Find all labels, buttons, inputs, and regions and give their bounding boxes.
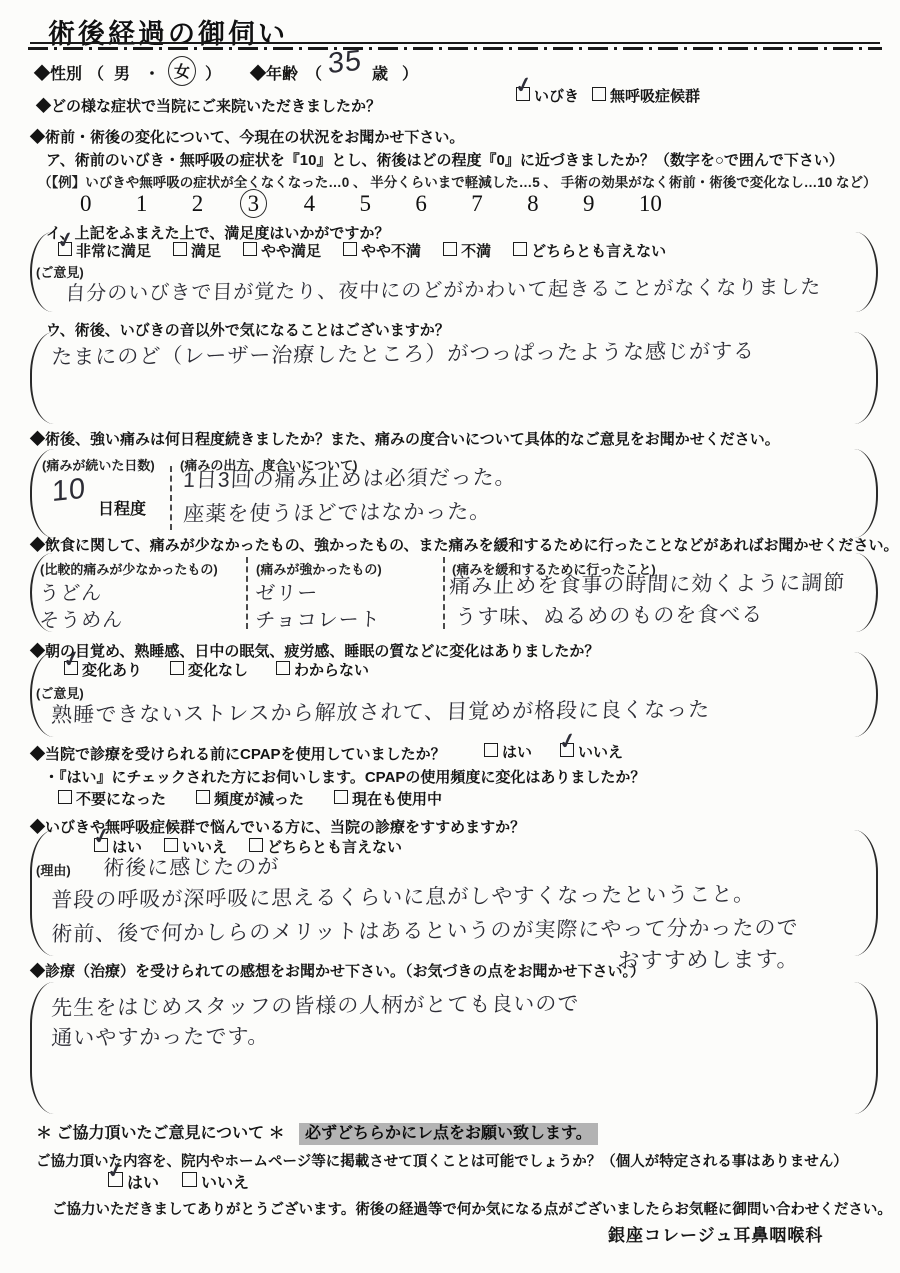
option-label: 非常に満足 <box>76 240 151 261</box>
change-example: （【例】いびきや無呼吸の症状が全くなくなった…0 、 半分くらいまで軽減した…5… <box>38 171 877 191</box>
option-label: 無呼吸症候群 <box>610 85 700 106</box>
option-wakaranai[interactable]: わからない <box>276 659 369 680</box>
checkbox-recommend-iie[interactable] <box>164 838 178 852</box>
reason-overflow-handwritten: おすすめします。 <box>617 942 801 975</box>
checkbox-fuyou[interactable] <box>58 790 72 804</box>
pain-desc-line1-handwritten: 1日3回の痛み止めは必須だった。 <box>183 461 518 494</box>
sleep-options: 変化あり 変化なし わからない <box>64 659 369 680</box>
footer-note: ＊ ご協力頂いたご意見について ＊ 必ずどちらかにレ点をお願い致します。 <box>36 1120 598 1143</box>
option-manzoku[interactable]: 満足 <box>173 240 221 261</box>
option-label: はい <box>127 1170 159 1193</box>
change-heading: ◆術前・術後の変化について、今現在の状況をお聞かせ下さい。 <box>30 126 464 147</box>
scale-row: 0 1 2 3 4 5 6 7 8 9 10 <box>72 189 670 218</box>
publish-question: ご協力頂いた内容を、院内やホームページ等に掲載させて頂くことは可能でしょうか？（… <box>36 1150 848 1171</box>
option-label: わからない <box>294 659 369 680</box>
checkbox-ibiki[interactable] <box>516 87 530 101</box>
change-question-a: ア、術前のいびき・無呼吸の症状を『10』とし、術後はどの程度『0』に近づきました… <box>46 149 844 170</box>
option-henka-nashi[interactable]: 変化なし <box>170 659 248 680</box>
option-label: 不要になった <box>76 788 166 809</box>
checkbox-hijouni-manzoku[interactable] <box>58 242 72 256</box>
age-unit: 歳 <box>372 61 388 84</box>
scale-0[interactable]: 0 <box>72 189 100 218</box>
footer-note-highlight: 必ずどちらかにレ点をお願い致します。 <box>299 1123 598 1145</box>
header-rule-solid <box>30 42 880 44</box>
sex-paren-close: ） <box>205 61 221 84</box>
sleep-comment-handwritten: 熟睡できないストレスから解放されて、目覚めが格段に良くなった <box>51 693 711 729</box>
check-icon <box>513 71 535 99</box>
impression-line1-handwritten: 先生をはじめスタッフの皆様の人柄がとても良いので <box>51 987 580 1022</box>
option-label: いいえ <box>201 1170 249 1193</box>
scale-10[interactable]: 10 <box>631 189 670 218</box>
scale-4[interactable]: 4 <box>296 189 324 218</box>
checkbox-cpap-iie[interactable] <box>560 743 574 757</box>
checkbox-publish-iie[interactable] <box>182 1172 197 1187</box>
checkbox-yaya-fuman[interactable] <box>343 242 357 256</box>
bracket-right <box>850 830 878 956</box>
checkbox-henka-ari[interactable] <box>64 661 78 675</box>
age-paren-open: （ <box>306 61 322 84</box>
age-value-handwritten: 35 <box>328 44 362 81</box>
food-col2-line2-handwritten: チョコレート <box>255 603 382 633</box>
bracket-right <box>850 553 878 632</box>
cpap-option-iie[interactable]: いいえ <box>560 741 623 762</box>
symptom-question: ◆どの様な症状で当院にご来院いただきましたか？ <box>36 95 381 116</box>
symptom-option-ibiki[interactable]: いびき <box>516 85 579 106</box>
pain-days-unit: 日程度 <box>98 496 146 519</box>
option-label: 現在も使用中 <box>352 788 442 809</box>
option-genzai-shiyou[interactable]: 現在も使用中 <box>334 788 442 809</box>
checkbox-henka-nashi[interactable] <box>170 661 184 675</box>
bracket-right <box>850 982 878 1114</box>
pain-column-divider <box>170 466 172 530</box>
food-col2-label: (痛みが強かったもの) <box>256 559 382 578</box>
publish-option-iie[interactable]: いいえ <box>182 1170 249 1193</box>
checkbox-publish-hai[interactable] <box>108 1172 123 1187</box>
age-paren-close: ） <box>402 61 418 84</box>
impression-line2-handwritten: 通いやすかったです。 <box>51 1020 271 1052</box>
clinic-name: 銀座コレージュ耳鼻咽喉科 <box>608 1221 823 1246</box>
publish-option-hai[interactable]: はい <box>108 1170 159 1193</box>
pain-days-label: (痛みが続いた日数) <box>42 455 155 474</box>
pain-days-value-handwritten: 10 <box>52 472 86 509</box>
footer-note-prefix: ＊ ご協力頂いたご意見について ＊ <box>36 1125 285 1142</box>
page-title: 術後経過の御伺い <box>48 12 288 51</box>
pain-desc-line2-handwritten: 座薬を使うほどではなかった。 <box>183 495 492 528</box>
sex-paren-open: （ <box>88 61 104 84</box>
option-dochira-tomo[interactable]: どちらとも言えない <box>513 240 666 261</box>
option-fuman[interactable]: 不満 <box>443 240 491 261</box>
option-label: やや不満 <box>361 240 421 261</box>
question-u-answer-handwritten: たまにのど（レーザー治療したところ）がつっぱったような感じがする <box>51 335 756 371</box>
checkbox-mukokyu[interactable] <box>592 87 606 101</box>
scale-8[interactable]: 8 <box>519 189 547 218</box>
option-label: どちらとも言えない <box>531 240 666 261</box>
option-label: いびき <box>534 85 579 106</box>
scale-3-selected[interactable]: 3 <box>240 189 268 218</box>
option-label: いいえ <box>578 741 623 762</box>
impression-heading: ◆診療（治療）を受けられての感想をお聞かせ下さい。（お気づきの点をお聞かせ下さい… <box>30 960 645 981</box>
symptom-option-mukokyu[interactable]: 無呼吸症候群 <box>592 85 700 106</box>
scale-2[interactable]: 2 <box>184 189 212 218</box>
option-label: どちらとも言えない <box>267 836 402 857</box>
reason-line1-handwritten: 術後に感じたのが <box>103 850 280 882</box>
checkbox-wakaranai[interactable] <box>276 661 290 675</box>
food-divider-2 <box>443 557 445 629</box>
checkbox-fuman[interactable] <box>443 242 457 256</box>
bracket-right <box>850 332 878 424</box>
thanks-text: ご協力いただきましてありがとうございます。術後の経過等で何か気になる点がございま… <box>52 1198 892 1219</box>
option-yaya-fuman[interactable]: やや不満 <box>343 240 421 261</box>
food-col3-line2-handwritten: うす味、ぬるめのものを食べる <box>455 598 764 631</box>
sex-option-female-circled[interactable]: 女 <box>168 56 196 86</box>
option-label: 変化あり <box>82 659 142 680</box>
option-label: はい <box>502 741 532 762</box>
age-label: ◆年齢 <box>250 61 298 84</box>
checkbox-recommend-hai[interactable] <box>94 838 108 852</box>
food-divider-1 <box>246 557 248 629</box>
reason-line2-handwritten: 普段の呼吸が深呼吸に思えるくらいに息がしやすくなったということ。 <box>51 878 756 914</box>
option-hijouni-manzoku[interactable]: 非常に満足 <box>58 240 151 261</box>
checkbox-dochira-tomo[interactable] <box>513 242 527 256</box>
checkbox-yaya-manzoku[interactable] <box>243 242 257 256</box>
cpap-question1: ◆当院で診療を受けられる前にCPAPを使用していましたか？ <box>30 743 446 764</box>
checkbox-cpap-hai[interactable] <box>484 743 498 757</box>
sex-dot: ・ <box>144 61 160 84</box>
reason-label: (理由) <box>36 860 71 879</box>
option-fuyou[interactable]: 不要になった <box>58 788 166 809</box>
checkbox-hindo-hetta[interactable] <box>196 790 210 804</box>
option-label: 変化なし <box>188 659 248 680</box>
cpap-question2: ・『はい』にチェックされた方にお伺いします。CPAPの使用頻度に変化はありました… <box>44 766 645 787</box>
food-col1-line1-handwritten: うどん <box>39 576 103 606</box>
option-label: 満足 <box>191 240 221 261</box>
checkbox-manzoku[interactable] <box>173 242 187 256</box>
bracket-right <box>850 449 878 538</box>
sex-label: ◆性別 <box>34 61 82 84</box>
option-label: 頻度が減った <box>214 788 304 809</box>
scale-7[interactable]: 7 <box>463 189 491 218</box>
pain-heading: ◆術後、強い痛みは何日程度続きましたか？また、痛みの度合いについて具体的なご意見… <box>30 428 780 449</box>
food-col2-line1-handwritten: ゼリー <box>255 576 319 606</box>
food-col1-line2-handwritten: そうめん <box>39 603 124 633</box>
header-rule-dashdot <box>28 47 882 50</box>
option-label: 不満 <box>461 240 491 261</box>
checkbox-genzai-shiyou[interactable] <box>334 790 348 804</box>
scale-6[interactable]: 6 <box>407 189 435 218</box>
cpap-option-hai[interactable]: はい <box>484 741 532 762</box>
food-col3-line1-handwritten: 痛み止めを食事の時間に効くように調節 <box>449 567 846 600</box>
cpap-q2-options: 不要になった 頻度が減った 現在も使用中 <box>58 788 442 809</box>
scale-5[interactable]: 5 <box>351 189 379 218</box>
option-yaya-manzoku[interactable]: やや満足 <box>243 240 321 261</box>
bracket-right <box>850 232 878 312</box>
survey-sheet: 術後経過の御伺い ◆性別 （ 男 ・ 女 ） ◆年齢 （ 35 歳 ） ◆どの様… <box>0 0 900 1273</box>
selection-circle: 女 <box>168 56 196 86</box>
option-hindo-hetta[interactable]: 頻度が減った <box>196 788 304 809</box>
food-heading: ◆飲食に関して、痛みが少なかったもの、強かったもの、また痛みを緩和するために行っ… <box>30 534 899 555</box>
bracket-right <box>850 652 878 737</box>
sex-option-male[interactable]: 男 <box>114 61 130 84</box>
scale-9[interactable]: 9 <box>575 189 603 218</box>
food-col1-label: (比較的痛みが少なかったもの) <box>40 559 218 578</box>
satisfaction-options: 非常に満足 満足 やや満足 やや不満 不満 どちらとも言えない <box>58 240 666 261</box>
option-henka-ari[interactable]: 変化あり <box>64 659 142 680</box>
option-label: やや満足 <box>261 240 321 261</box>
scale-1[interactable]: 1 <box>128 189 156 218</box>
